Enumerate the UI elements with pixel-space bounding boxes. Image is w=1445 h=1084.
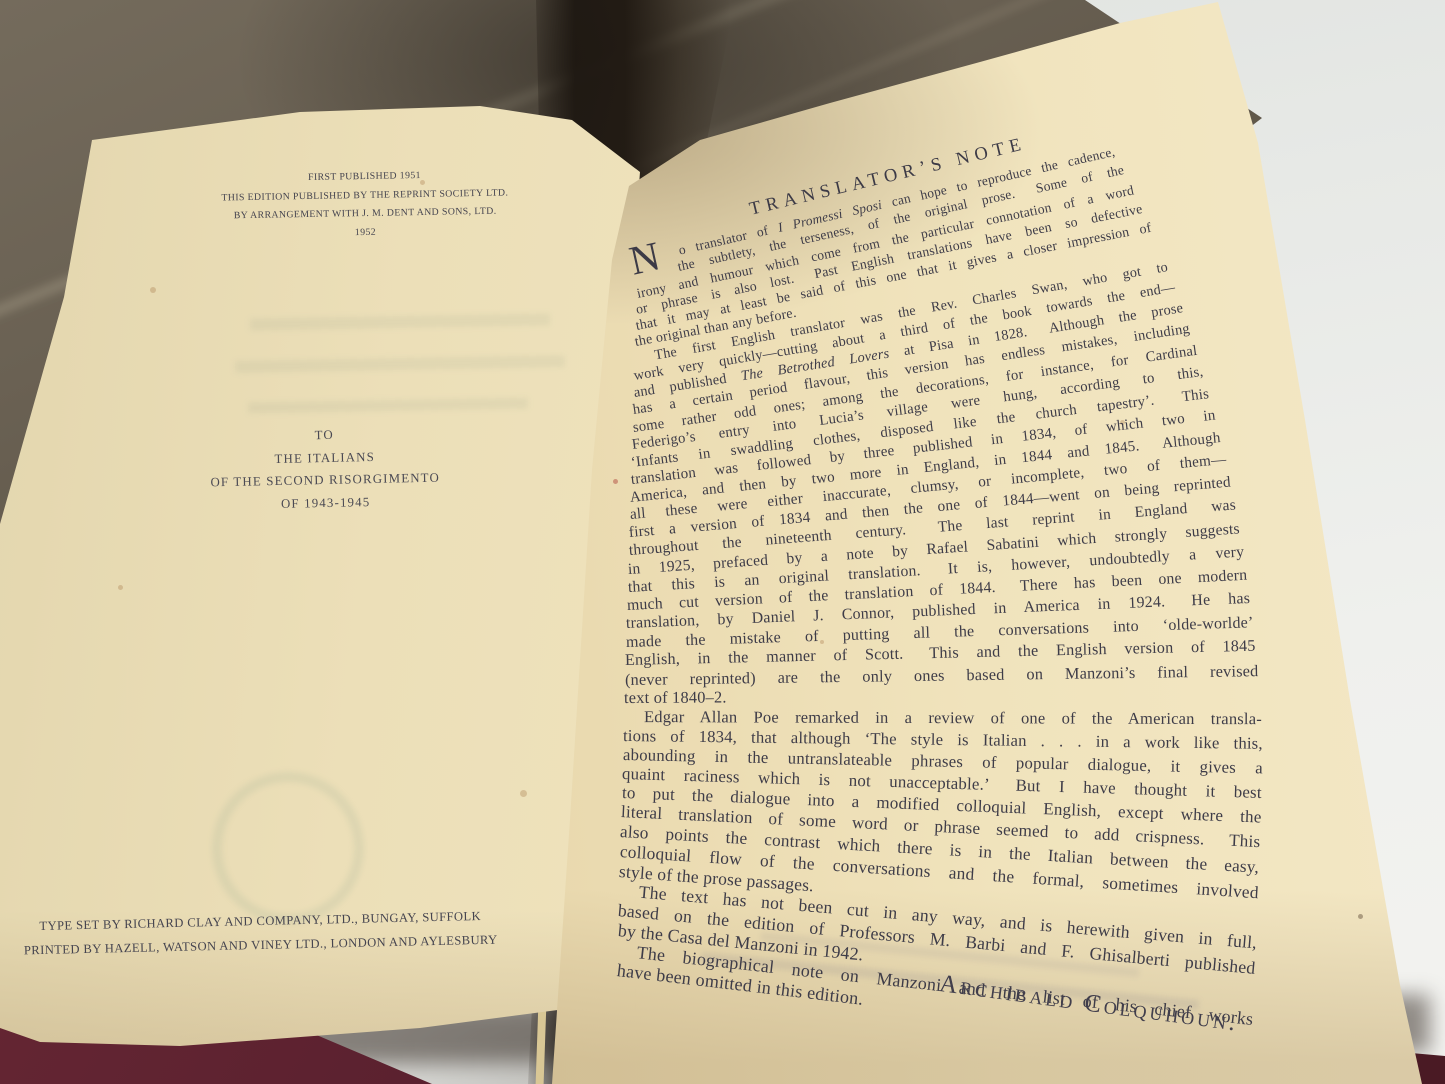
foxing-spot (118, 585, 123, 590)
dedication-block: TO THE ITALIANS OF THE SECOND RISORGIMEN… (114, 420, 536, 519)
foxing-spot (520, 790, 527, 797)
note-line: text of 1840–2. (624, 686, 1260, 707)
note-line: Edgar Allan Poe remarked in a review of … (624, 708, 1262, 728)
translators-note: TRANSLATOR’S NOTE N o translator of I Pr… (600, 90, 1320, 1084)
book-photo: FIRST PUBLISHED 1951 THIS EDITION PUBLIS… (0, 0, 1445, 1084)
show-through-stamp (212, 772, 364, 924)
foxing-spot (1358, 914, 1363, 919)
foxing-spot (150, 287, 156, 293)
imprint-block: FIRST PUBLISHED 1951 THIS EDITION PUBLIS… (149, 164, 580, 246)
